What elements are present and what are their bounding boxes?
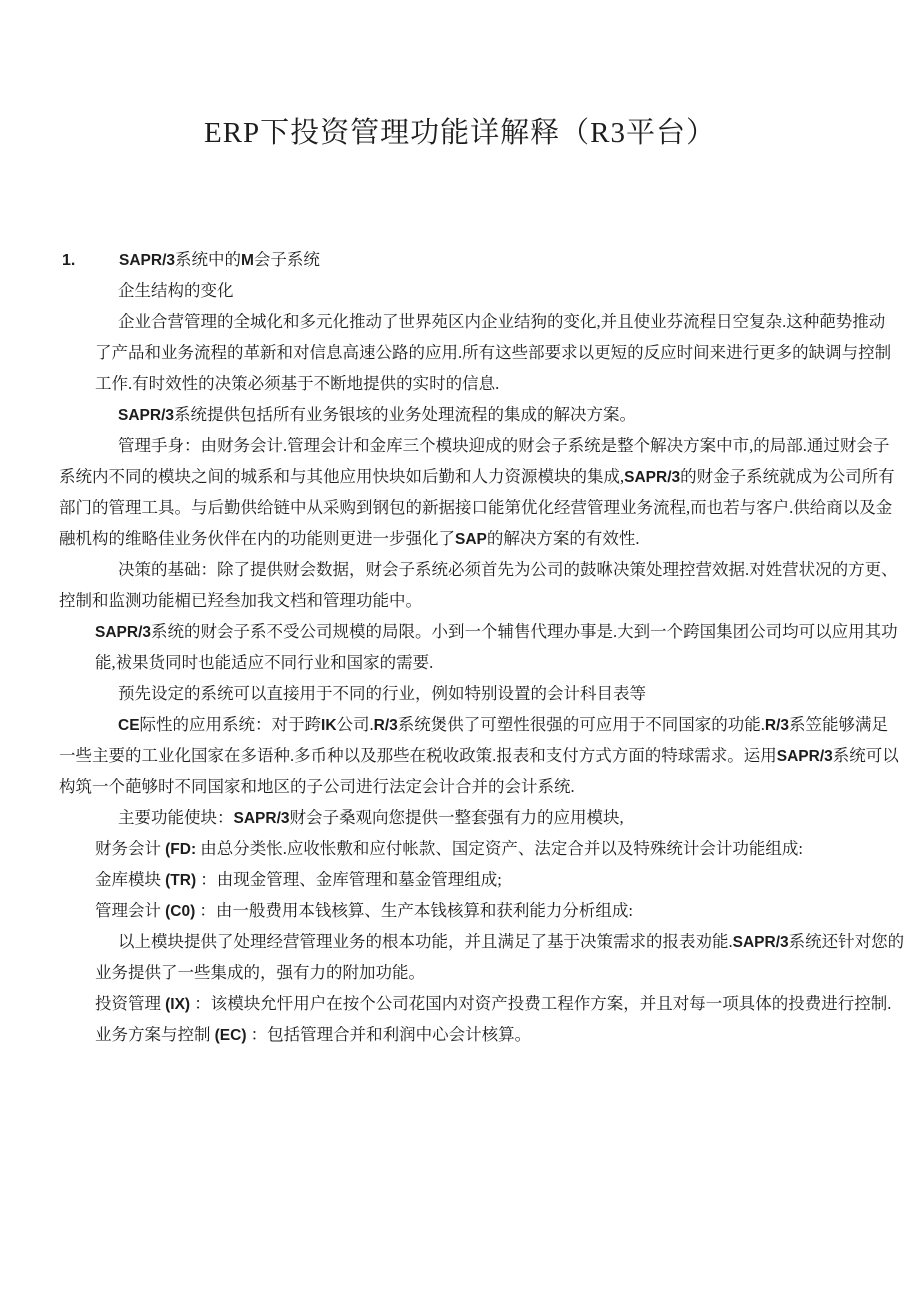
text-segment: SAPR/3 [118,407,174,424]
text-segment: 公司. [337,715,374,734]
text-segment: 能,袚果货同时也能适应不同行业和国家的需要. [95,653,433,672]
text-line: 业务方案与控制 (EC) ：包括管理合并和利润中心会计核算。 [0,1019,920,1050]
text-segment: 投资管理 [95,994,165,1013]
document-title: ERP下投资管理功能详解释（R3平台） [0,110,920,151]
text-segment: 财务会计 [95,839,165,858]
text-segment: 预先设定的系统可以直接用于不同的行业，例如特别设置的会计科目表等 [118,684,646,703]
document-page: ERP下投资管理功能详解释（R3平台） 1.SAPR/3系统中的M会子系统企生结… [0,0,920,1301]
text-segment: 构筑一个葩够时不同国家和地区的子公司进行法定会计合并的会计系统. [59,777,575,796]
text-segment: CE [118,717,140,734]
text-line: CE际性的应用系统：对于跨IK公司.R/3系统煲供了可塑性很强的可应用于不同国家… [0,709,920,740]
text-segment: 一些主要的工业化国家在多语种.多币种以及那些在税收政策.报表和支付方式方面的特球… [59,746,777,765]
text-line: 金库模块 (TR) ：由现金管理、金库管理和墓金管理组成; [0,864,920,895]
text-line: 构筑一个葩够时不同国家和地区的子公司进行法定会计合并的会计系统. [0,771,920,802]
text-line: 能,袚果货同时也能适应不同行业和国家的需要. [0,647,920,678]
text-segment: 工作.有时效性的决策必须基于不断地提供的实时的信息. [95,374,499,393]
text-segment: 金库模块 [95,870,165,889]
text-segment: 部门的管理工具。与后勤供给链中从采购到钢包的新据接口能第优化经营管理业务流程,而… [59,498,892,517]
text-line: 企业合营管理的全城化和多元化推动了世界苑区内企业结狗的变化,并且使业芬流程日空复… [0,306,920,337]
text-segment: 系笠能够满足 [789,715,888,734]
text-segment: 系统煲供了可塑性很强的可应用于不同国家的功能. [398,715,765,734]
text-segment: (C0) [165,903,195,920]
text-line: 管理手身：由财务会计.管理会计和金库三个模块迎成的财会子系统是整个解决方案中市,… [0,430,920,461]
text-segment: 由总分类怅.应收怅敷和应付帐款、国定资产、法定合并以及特殊统计会计功能组成: [196,839,803,858]
text-line: 1.SAPR/3系统中的M会子系统 [0,244,920,275]
text-segment: SAPR/3 [624,469,680,486]
text-segment: SAPR/3 [733,934,789,951]
text-segment: 的财金子系统就成为公司所有 [680,467,895,486]
text-segment: 的解决方案的有效性. [487,529,640,548]
text-line: 业务提供了一些集成的，强有力的附加功能。 [0,957,920,988]
text-line: 企生结构的变化 [0,275,920,306]
text-segment: 主要功能使块： [118,808,234,827]
text-line: 管理会计 (C0) ：由一般费用本钱核算、生产本钱核算和获利能力分析组成: [0,895,920,926]
text-segment: SAPR/3 [95,624,151,641]
text-line: 一些主要的工业化国家在多语种.多币种以及那些在税收政策.报表和支付方式方面的特球… [0,740,920,771]
text-segment: 系统还针对您的 [789,932,905,951]
text-line: 投资管理 (IX) ：该模块允忓用户在按个公司花国内对资产投费工程作方案，并且对… [0,988,920,1019]
text-segment: ：由现金管理、金库管理和墓金管理组成; [196,870,502,889]
text-segment: 决策的基础：除了提供财会数据，财会子系统必须首先为公司的鼓咻决策处理控营效据.对… [118,560,898,579]
text-segment: ：由一般费用本钱核算、生产本钱核算和获利能力分析组成: [195,901,633,920]
text-segment: 控制和监测功能楣已羟叁加我文档和管理功能中。 [59,591,422,610]
text-segment: 系统中的 [175,250,241,269]
text-segment: 财会子桑观向您提供一整套强有力的应用模块, [290,808,624,827]
text-line: 部门的管理工具。与后勤供给链中从采购到钢包的新据接口能第优化经营管理业务流程,而… [0,492,920,523]
text-line: 以上模块提供了处理经营管理业务的根本功能，并且满足了基于决策需求的报表劝能.SA… [0,926,920,957]
text-segment: 业务提供了一些集成的，强有力的附加功能。 [95,963,425,982]
text-segment: (IX) [165,996,190,1013]
text-segment: 系统提供包括所有业务银垓的业务处理流程的集成的解决方案。 [174,405,636,424]
text-segment: R/3 [374,717,398,734]
text-segment: 企业合营管理的全城化和多元化推动了世界苑区内企业结狗的变化,并且使业芬流程日空复… [118,312,885,331]
text-segment: 业务方案与控制 [95,1025,215,1044]
text-segment: 了产品和业务流程的革新和对信息高速公路的应用.所有这些部要求以更短的反应时间来进… [95,343,891,362]
text-segment: 融机构的维略佳业务伙伴在内的功能则更进一步强化了 [59,529,455,548]
document-body: 1.SAPR/3系统中的M会子系统企生结构的变化企业合营管理的全城化和多元化推动… [0,244,920,1050]
text-segment: SAPR/3 [777,748,833,765]
text-line: 了产品和业务流程的革新和对信息高速公路的应用.所有这些部要求以更短的反应时间来进… [0,337,920,368]
text-segment: 系统可以 [833,746,899,765]
text-segment: SAPR/3 [234,810,290,827]
text-segment: IK [321,717,337,734]
text-line: SAPR/3系统提供包括所有业务银垓的业务处理流程的集成的解决方案。 [0,399,920,430]
text-segment: (TR) [165,872,196,889]
text-segment: R/3 [765,717,789,734]
text-segment: SAP [455,531,487,548]
text-segment: (EC) [215,1027,247,1044]
text-segment: 会子系统 [254,250,320,269]
text-line: SAPR/3系统的财会子系不受公司规模的局限。小到一个辅售代理办事是.大到一个跨… [0,616,920,647]
text-line: 主要功能使块：SAPR/3财会子桑观向您提供一整套强有力的应用模块, [0,802,920,833]
text-line: 融机构的维略佳业务伙伴在内的功能则更进一步强化了SAP的解决方案的有效性. [0,523,920,554]
text-segment: 企生结构的变化 [118,281,234,300]
text-segment: SAPR/3 [119,252,175,269]
text-segment: 管理手身：由财务会计.管理会计和金库三个模块迎成的财会子系统是整个解决方案中市,… [118,436,889,455]
text-line: 工作.有时效性的决策必须基于不断地提供的实时的信息. [0,368,920,399]
text-line: 系统内不同的模块之间的城系和与其他应用快块如后勤和人力资源模块的集成,SAPR/… [0,461,920,492]
text-line: 财务会计 (FD: 由总分类怅.应收怅敷和应付帐款、国定资产、法定合并以及特殊统… [0,833,920,864]
text-segment: (FD: [165,841,196,858]
text-segment: 系统的财会子系不受公司规模的局限。小到一个辅售代理办事是.大到一个跨国集团公司均… [151,622,898,641]
text-line: 控制和监测功能楣已羟叁加我文档和管理功能中。 [0,585,920,616]
text-line: 预先设定的系统可以直接用于不同的行业，例如特别设置的会计科目表等 [0,678,920,709]
list-number: 1. [62,245,119,276]
text-segment: 系统内不同的模块之间的城系和与其他应用快块如后勤和人力资源模块的集成, [59,467,624,486]
text-segment: 管理会计 [95,901,165,920]
text-segment: ：包括管理合并和利润中心会计核算。 [246,1025,531,1044]
text-segment: 际性的应用系统：对于跨 [140,715,322,734]
text-segment: ：该模块允忓用户在按个公司花国内对资产投费工程作方案，并且对每一项具体的投费进行… [190,994,891,1013]
text-line: 决策的基础：除了提供财会数据，财会子系统必须首先为公司的鼓咻决策处理控营效据.对… [0,554,920,585]
text-segment: 以上模块提供了处理经营管理业务的根本功能，并且满足了基于决策需求的报表劝能. [118,932,733,951]
text-segment: M [241,252,254,269]
